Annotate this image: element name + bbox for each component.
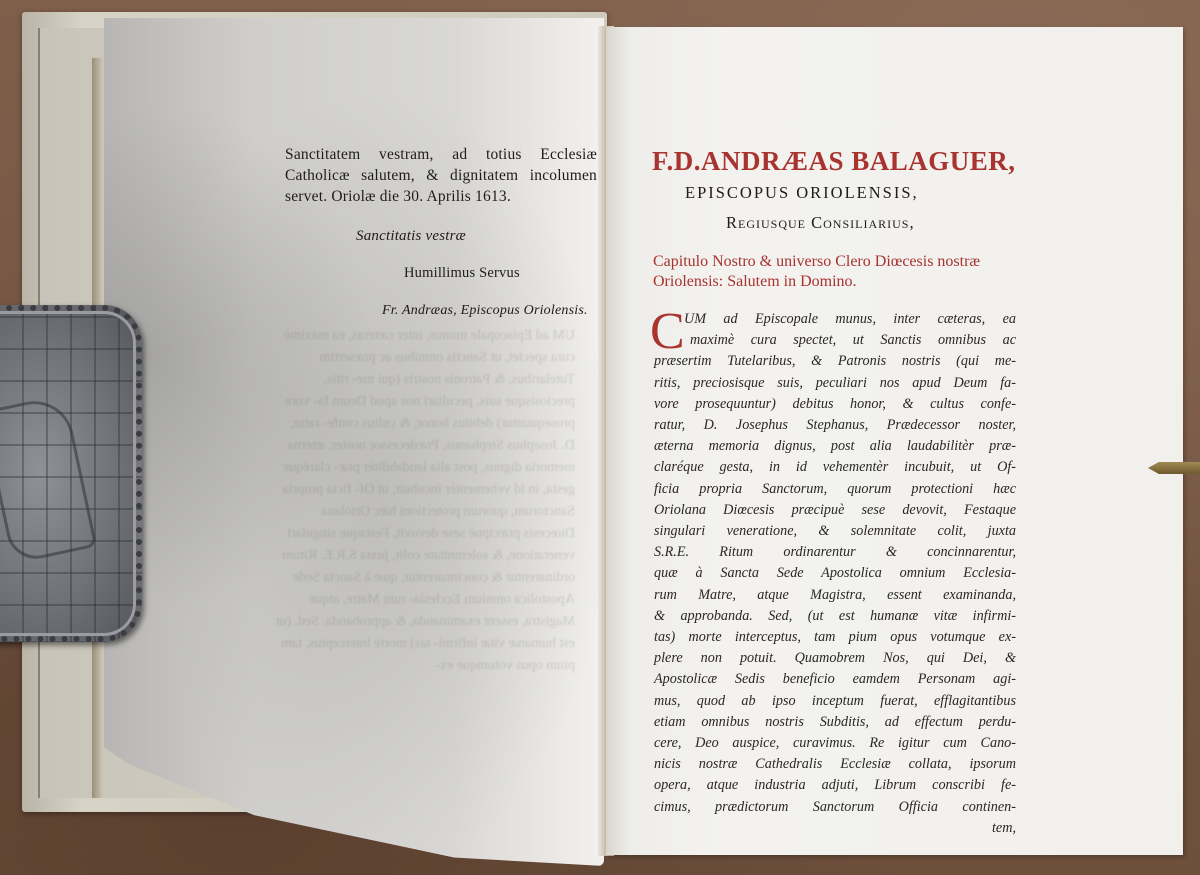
left-page-closing-servant: Humillimus Servus <box>404 263 520 284</box>
body-line: præsertim Tutelaribus, & Patronis nostri… <box>654 351 1016 372</box>
body-line: S.R.E. Ritum ordinarentur & concinnarent… <box>654 542 1016 563</box>
body-line: mus, quod ab ipso inceptum fuerat, effla… <box>654 691 1016 712</box>
pewter-clasp-icon <box>0 305 142 642</box>
book-photo-scene: UM ad Episcopale munus, inter cæteras, e… <box>0 0 1200 875</box>
body-line: rum Matre, atque Magistra, essent examin… <box>654 585 1016 606</box>
right-page-subtitle-consiliarius: Regiusque Consiliarius, <box>726 213 915 233</box>
body-line: opera, atque industria adjuti, Librum co… <box>654 775 1016 796</box>
body-line: Apostolicæ Sedis beneficio eamdem Person… <box>654 669 1016 690</box>
body-line: vore prosequuntur) debitus honor, & cult… <box>654 394 1016 415</box>
brass-pin-icon <box>1148 462 1200 474</box>
left-page-paragraph: Sanctitatem vestram, ad totius Ecclesiæ … <box>285 144 597 207</box>
body-line: cere, Deo auspice, curavimus. Re igitur … <box>654 733 1016 754</box>
body-line: ritis, preciosisque suis, peculiari nos … <box>654 373 1016 394</box>
body-line: æterna memoria dignus, post alia laudabi… <box>654 436 1016 457</box>
body-line: maximè cura spectet, ut Sanctis omnibus … <box>654 330 1016 351</box>
left-page-signature: Fr. Andræas, Episcopus Oriolensis. <box>382 300 588 321</box>
clasp-relief-motif <box>0 394 97 564</box>
body-line: etiam omnibus nostris Subditis, ad effec… <box>654 712 1016 733</box>
body-line: nicis nostræ Cathedralis Ecclesiæ collat… <box>654 754 1016 775</box>
show-through-text: UM ad Episcopale munus, inter cæteras, e… <box>275 325 575 725</box>
body-line: plere non potuit. Quamobrem Nos, qui Dei… <box>654 648 1016 669</box>
right-page-subtitle-episcopus: EPISCOPUS ORIOLENSIS, <box>685 183 919 203</box>
body-line: Oriolana Diœcesis præcipuè sese devovit,… <box>654 500 1016 521</box>
body-line: claréque gesta, in id vehementèr incubui… <box>654 457 1016 478</box>
body-line: quæ à Sancta Sede Apostolica omnium Eccl… <box>654 563 1016 584</box>
right-page-body: UM ad Episcopale munus, inter cæteras, e… <box>654 309 1016 839</box>
body-line: tas) morte interceptus, tam pium opus vo… <box>654 627 1016 648</box>
left-page-closing-salutation: Sanctitatis vestræ <box>356 226 466 247</box>
body-line: singulari veneratione, & solemnitate col… <box>654 521 1016 542</box>
body-line: ratur, D. Josephus Stephanus, Prædecesso… <box>654 415 1016 436</box>
body-line: ficia propria Sanctorum, quorum protecti… <box>654 479 1016 500</box>
right-page-address: Capitulo Nostro & universo Clero Diœcesi… <box>653 252 1023 292</box>
body-line: & approbanda. Sed, (ut est humanæ vitæ i… <box>654 606 1016 627</box>
body-line-catchword: tem, <box>654 818 1016 839</box>
right-page-title: F.D.ANDRÆAS BALAGUER, <box>652 146 1016 177</box>
body-line: UM ad Episcopale munus, inter cæteras, e… <box>654 309 1016 330</box>
body-line: cimus, prædictorum Sanctorum Officia con… <box>654 797 1016 818</box>
